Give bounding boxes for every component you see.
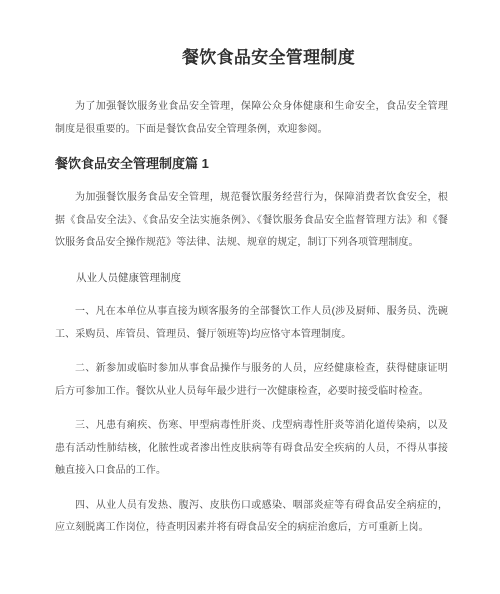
section-lead-paragraph: 为加强餐饮服务食品安全管理，规范餐饮服务经营行为，保障消费者饮食安全，根据《食品… (55, 187, 448, 255)
document-page: 餐饮食品安全管理制度 为了加强餐饮服务业食品安全管理，保障公众身体健康和生命安全… (0, 0, 500, 594)
intro-paragraph: 为了加强餐饮服务业食品安全管理，保障公众身体健康和生命安全，食品安全管理制度是很… (55, 96, 448, 141)
rule-item-1: 一、凡在本单位从事直接为顾客服务的全部餐饮工作人员(涉及厨师、服务员、洗碗工、采… (55, 301, 448, 346)
subsection-heading: 从业人员健康管理制度 (55, 267, 448, 290)
section-heading: 餐饮食品安全管理制度篇 1 (55, 153, 448, 175)
rule-item-4: 四、从业人员有发热、腹泻、皮肤伤口或感染、咽部炎症等有碍食品安全病症的，应立刻脱… (55, 495, 448, 540)
document-title: 餐饮食品安全管理制度 (55, 46, 448, 70)
rule-item-2: 二、新参加或临时参加从事食品操作与服务的人员，应经健康检查，获得健康证明后方可参… (55, 358, 448, 403)
rule-item-3: 三、凡患有痢疾、伤寒、甲型病毒性肝炎、戊型病毒性肝炎等消化道传染病，以及患有活动… (55, 415, 448, 483)
